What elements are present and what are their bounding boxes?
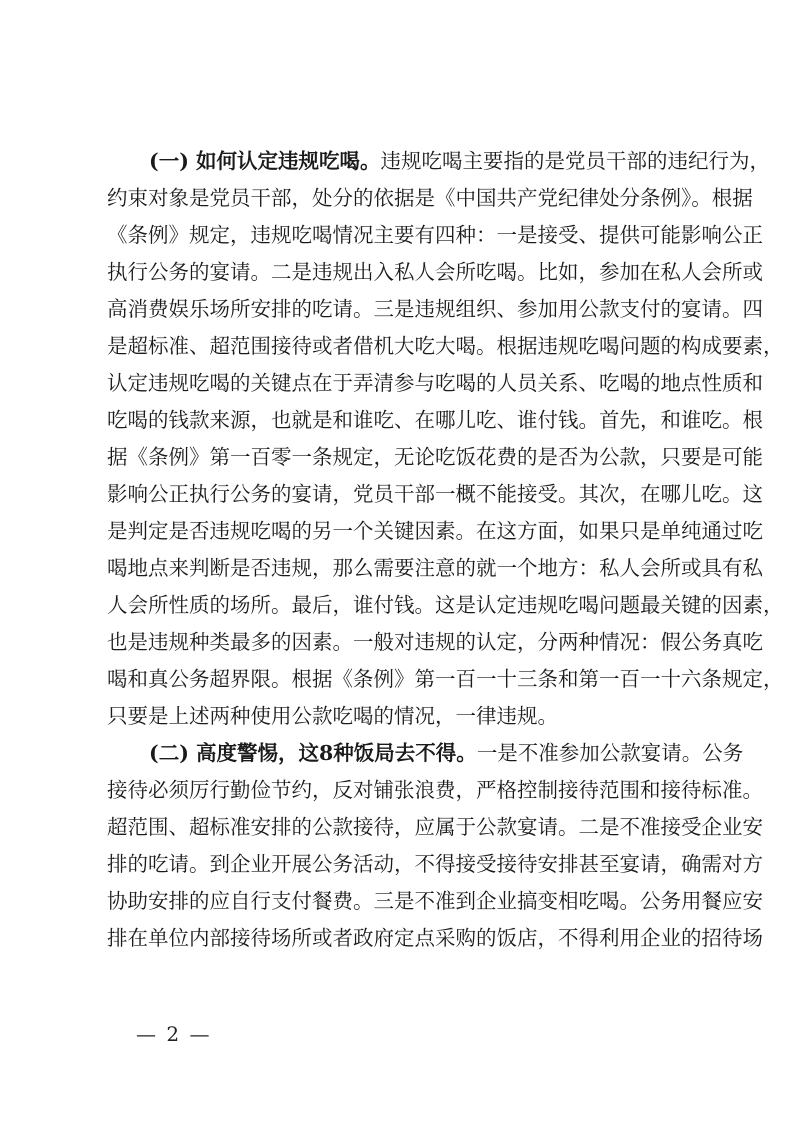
- paragraph-line: 《条例》规定，违规吃喝情况主要有四种：一是接受、提供可能影响公正: [107, 220, 697, 257]
- paragraph-line: 排的吃请。到企业开展公务活动，不得接受接待安排甚至宴请，确需对方: [107, 849, 697, 886]
- paragraph-line: 喝地点来判断是否违规，那么需要注意的就一个地方：私人会所或具有私: [107, 553, 697, 590]
- paragraph-line: 是判定是否违规吃喝的另一个关键因素。在这方面，如果只是单纯通过吃: [107, 516, 697, 553]
- paragraph-line: 排在单位内部接待场所或者政府定点采购的饭店，不得利用企业的招待场: [107, 923, 697, 960]
- paragraph-1-line-1: (一) 如何认定违规吃喝。违规吃喝主要指的是党员干部的违纪行为，: [107, 146, 697, 183]
- paragraph-line: 接待必须厉行勤俭节约，反对铺张浪费，严格控制接待范围和接待标准。: [107, 775, 697, 812]
- paragraph-line: 认定违规吃喝的关键点在于弄清参与吃喝的人员关系、吃喝的地点性质和: [107, 368, 697, 405]
- paragraph-line: 高消费娱乐场所安排的吃请。三是违规组织、参加用公款支付的宴请。四: [107, 294, 697, 331]
- paragraph-2: (二) 高度警惕，这8种饭局去不得。一是不准参加公款宴请。公务 接待必须厉行勤俭…: [107, 738, 697, 960]
- paragraph-line: 只要是上述两种使用公款吃喝的情况，一律违规。: [107, 701, 697, 738]
- section-heading-2: (二) 高度警惕，这8种饭局去不得。: [149, 741, 477, 765]
- paragraph-line: 影响公正执行公务的宴请，党员干部一概不能接受。其次，在哪儿吃。这: [107, 479, 697, 516]
- paragraph-line: 约束对象是党员干部，处分的依据是《中国共产党纪律处分条例》。根据: [107, 183, 697, 220]
- paragraph-line: 协助安排的应自行支付餐费。三是不准到企业搞变相吃喝。公务用餐应安: [107, 886, 697, 923]
- page-number: — 2 —: [136, 1022, 211, 1046]
- paragraph-line: 人会所性质的场所。最后，谁付钱。这是认定违规吃喝问题最关键的因素，: [107, 590, 697, 627]
- section-heading-1: (一) 如何认定违规吃喝。: [149, 149, 381, 173]
- document-page: (一) 如何认定违规吃喝。违规吃喝主要指的是党员干部的违纪行为， 约束对象是党员…: [107, 146, 697, 960]
- paragraph-line: 喝和真公务超界限。根据《条例》第一百一十三条和第一百一十六条规定，: [107, 664, 697, 701]
- paragraph-text: 违规吃喝主要指的是党员干部的违纪行为，: [381, 149, 771, 173]
- paragraph-2-line-1: (二) 高度警惕，这8种饭局去不得。一是不准参加公款宴请。公务: [107, 738, 697, 775]
- paragraph-line: 据《条例》第一百零一条规定，无论吃饭花费的是否为公款，只要是可能: [107, 442, 697, 479]
- paragraph-line: 也是违规种类最多的因素。一般对违规的认定，分两种情况：假公务真吃: [107, 627, 697, 664]
- paragraph-line: 吃喝的钱款来源，也就是和谁吃、在哪儿吃、谁付钱。首先，和谁吃。根: [107, 405, 697, 442]
- paragraph-text: 一是不准参加公款宴请。公务: [477, 741, 744, 765]
- paragraph-line: 超范围、超标准安排的公款接待，应属于公款宴请。二是不准接受企业安: [107, 812, 697, 849]
- paragraph-line: 是超标准、超范围接待或者借机大吃大喝。根据违规吃喝问题的构成要素，: [107, 331, 697, 368]
- paragraph-1: (一) 如何认定违规吃喝。违规吃喝主要指的是党员干部的违纪行为， 约束对象是党员…: [107, 146, 697, 738]
- paragraph-line: 执行公务的宴请。二是违规出入私人会所吃喝。比如，参加在私人会所或: [107, 257, 697, 294]
